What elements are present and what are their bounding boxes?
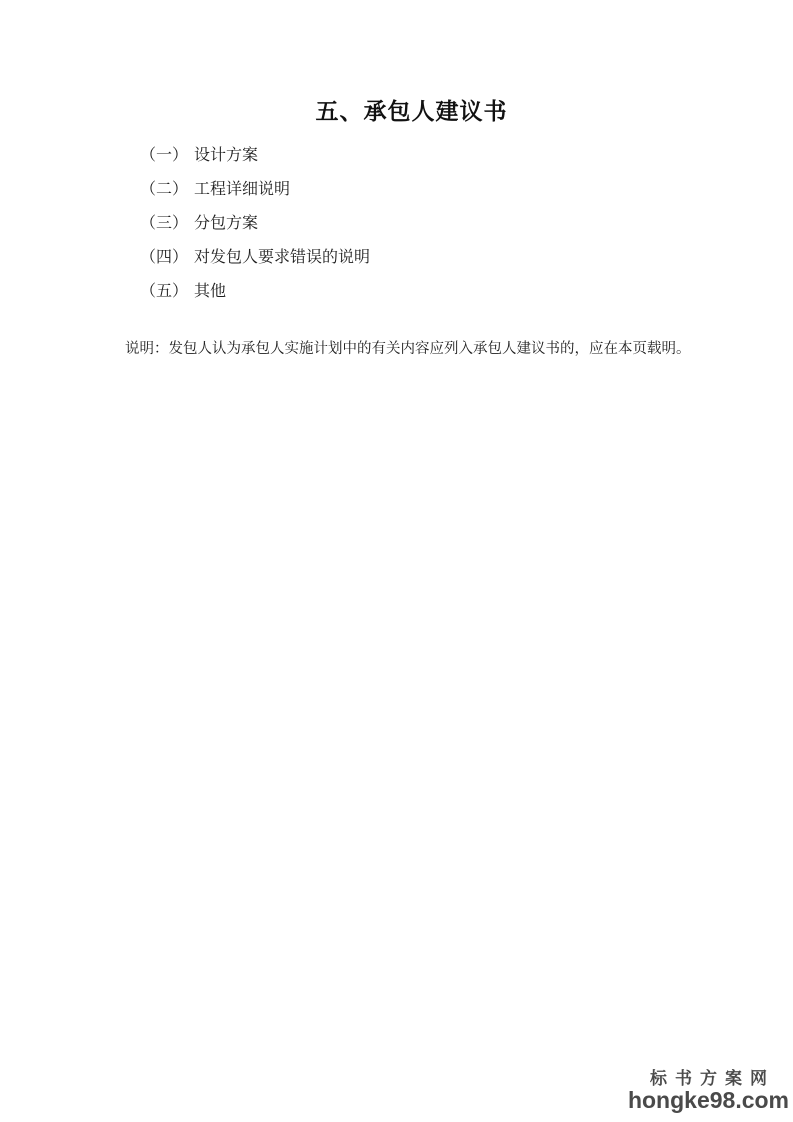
document-title: 五、承包人建议书: [96, 95, 727, 129]
list-item: （五）其他: [140, 275, 727, 309]
list-item-number: （四）: [140, 249, 188, 266]
watermark-site-name: 标书方案网: [628, 1070, 793, 1087]
list-item-number: （五）: [140, 283, 188, 300]
list-item-label: 其他: [194, 283, 226, 300]
document-content: 五、承包人建议书 （一）设计方案 （二）工程详细说明 （三）分包方案 （四）对发…: [96, 95, 727, 362]
list-item: （四）对发包人要求错误的说明: [140, 241, 727, 275]
list-item-number: （三）: [140, 215, 188, 232]
list-item: （三）分包方案: [140, 207, 727, 241]
list-item-number: （二）: [140, 181, 188, 198]
watermark-site-url: hongke98.com: [628, 1089, 789, 1112]
list-item-label: 设计方案: [194, 147, 258, 164]
list-item-label: 分包方案: [194, 215, 258, 232]
list-item: （二）工程详细说明: [140, 173, 727, 207]
document-page: 五、承包人建议书 （一）设计方案 （二）工程详细说明 （三）分包方案 （四）对发…: [0, 0, 793, 1122]
list-item-label: 对发包人要求错误的说明: [194, 249, 370, 266]
list-item-label: 工程详细说明: [194, 181, 290, 198]
list-item-number: （一）: [140, 147, 188, 164]
section-list: （一）设计方案 （二）工程详细说明 （三）分包方案 （四）对发包人要求错误的说明…: [96, 139, 727, 309]
site-watermark: 标书方案网 hongke98.com: [628, 1070, 789, 1112]
note-paragraph: 说明：发包人认为承包人实施计划中的有关内容应列入承包人建议书的，应在本页载明。: [96, 337, 727, 362]
list-item: （一）设计方案: [140, 139, 727, 173]
